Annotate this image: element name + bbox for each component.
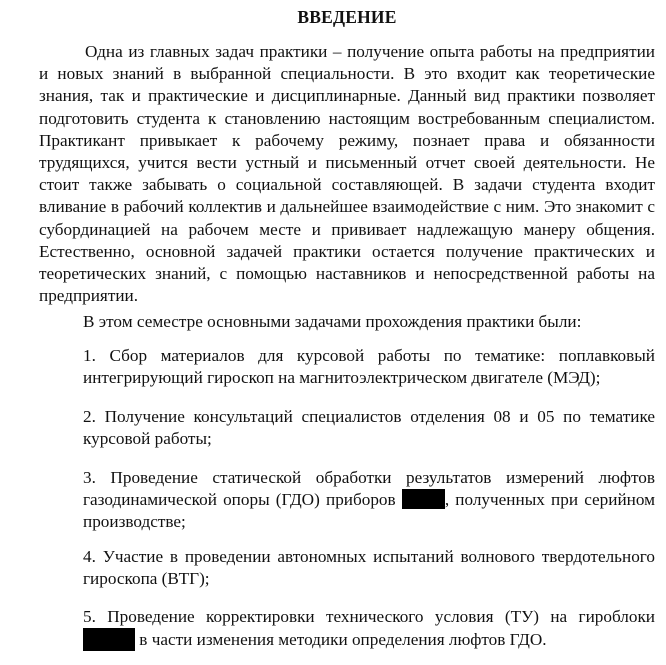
document-page: ВВЕДЕНИЕ Одна из главных задач практики … [0,0,666,665]
intro-paragraph: Одна из главных задач практики – получен… [39,41,655,307]
redaction-box [83,628,135,651]
section-title: ВВЕДЕНИЕ [39,6,655,28]
task-item-1: 1. Сбор материалов для курсовой работы п… [83,345,655,389]
task-item-4: 4. Участие в проведении автономных испыт… [83,546,655,590]
task-item-5-text-after: в части изменения методики определения л… [135,630,547,649]
task-item-2: 2. Получение консультаций специалистов о… [83,406,655,450]
task-item-3: 3. Проведение статической обработки резу… [83,467,655,534]
redaction-box [402,489,445,509]
task-item-5: 5. Проведение корректировки технического… [83,606,655,651]
task-item-5-text-before: 5. Проведение корректировки технического… [83,607,655,626]
tasks-lead-text: В этом семестре основными задачами прохо… [83,311,655,333]
